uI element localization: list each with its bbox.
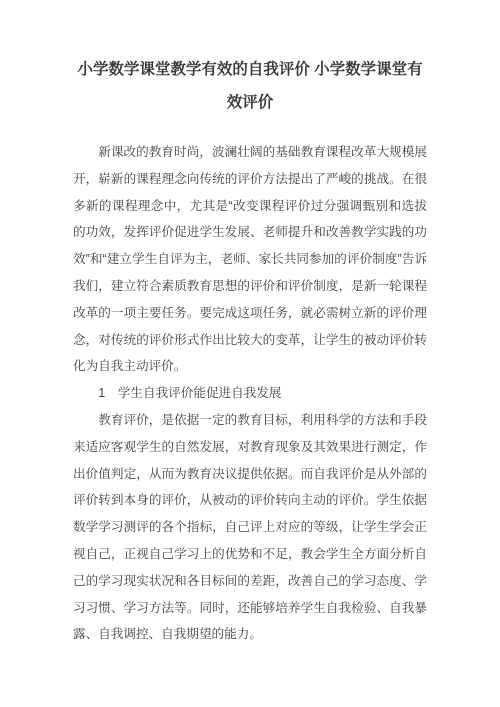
paragraph-intro: 新课改的教育时尚，波澜壮阔的基础教育课程改革大规模展开，崭新的课程理念向传统的评… <box>73 139 427 380</box>
paragraph-section-1: 教育评价，是依据一定的教育目标，利用科学的方法和手段来适应客观学生的自然发展，对… <box>73 407 427 648</box>
document-title: 小学数学课堂教学有效的自我评价 小学数学课堂有效评价 <box>73 0 427 119</box>
document-page: 小学数学课堂教学有效的自我评价 小学数学课堂有效评价 新课改的教育时尚，波澜壮阔… <box>0 0 500 707</box>
document-body: 新课改的教育时尚，波澜壮阔的基础教育课程改革大规模展开，崭新的课程理念向传统的评… <box>73 139 427 648</box>
section-heading-1: 1 学生自我评价能促进自我发展 <box>73 380 427 407</box>
